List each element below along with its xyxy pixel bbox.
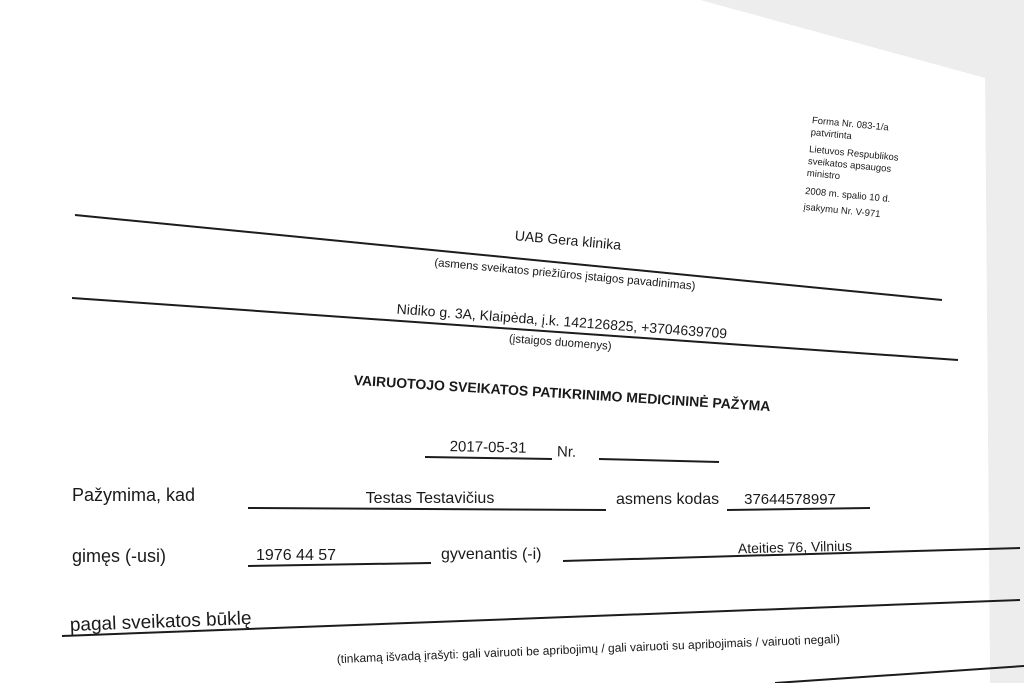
person-name[interactable]: Testas Testavičius — [366, 490, 495, 507]
certify-label: Pažymima, kad — [72, 485, 195, 505]
personal-code-label: asmens kodas — [616, 491, 719, 508]
paper-sheet — [0, 0, 990, 683]
address[interactable]: Ateities 76, Vilnius — [738, 538, 852, 557]
birth-date[interactable]: 1976 44 57 — [256, 547, 336, 564]
form-page: Forma Nr. 083-1/a patvirtinta Lietuvos R… — [0, 0, 1024, 683]
document-date[interactable]: 2017-05-31 — [450, 438, 527, 457]
personal-code[interactable]: 37644578997 — [744, 491, 836, 508]
document-photo: Forma Nr. 083-1/a patvirtinta Lietuvos R… — [0, 0, 1024, 683]
born-label: gimęs (-usi) — [72, 546, 166, 566]
number-label: Nr. — [557, 443, 577, 460]
residing-label: gyvenantis (-i) — [441, 546, 541, 563]
